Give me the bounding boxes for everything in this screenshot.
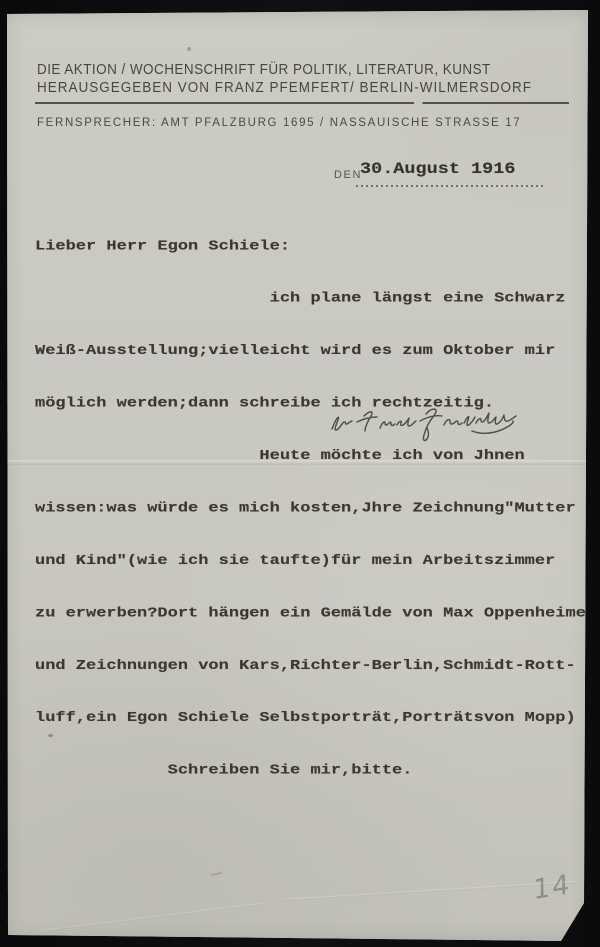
date-dotted-line [356,185,544,187]
letter-paper: DIE AKTION / WOCHENSCHRIFT FÜR POLITIK, … [4,10,591,941]
typed-line: Schreiben Sie mir,bitte. [35,762,596,779]
typed-line: Heute möchte ich von Jhnen [35,447,596,464]
letterhead-divider-rule [35,102,569,104]
typed-line: und Kind"(wie ich sie taufte)für mein Ar… [35,552,596,569]
letter-body: Lieber Herr Egon Schiele: ich plane läng… [35,203,596,814]
letterhead-line-3: FERNSPRECHER: AMT PFALZBURG 1695 / NASSA… [37,117,521,129]
paper-speck [211,872,222,877]
typed-line: zu erwerben?Dort hängen ein Gemälde von … [35,605,596,622]
typed-line: luff,ein Egon Schiele Selbstporträt,Port… [35,709,596,726]
date-label: DEN [334,169,362,181]
typed-line: und Zeichnungen von Kars,Richter-Berlin,… [35,657,596,674]
paper-speck [48,734,53,737]
paper-speck [187,47,191,51]
letterhead-line-1: DIE AKTION / WOCHENSCHRIFT FÜR POLITIK, … [37,61,491,78]
signature-ink-stroke [324,402,529,450]
fold-crease [43,902,267,931]
handwritten-signature: Ihr Franz Pfemfert [324,402,529,450]
scan-background: DIE AKTION / WOCHENSCHRIFT FÜR POLITIK, … [0,0,600,947]
typed-line: Lieber Herr Egon Schiele: [35,238,596,255]
typed-line: Weiß-Ausstellung;vielleicht wird es zum … [35,343,596,360]
typed-date: 30.August 1916 [360,160,515,178]
letterhead-line-2: HERAUSGEGEBEN VON FRANZ PFEMFERT/ BERLIN… [37,79,532,96]
typed-line: ich plane längst eine Schwarz [35,290,596,307]
typed-line: wissen:was würde es mich kosten,Jhre Zei… [35,500,596,517]
archive-number-pencil: 14 [533,869,571,906]
